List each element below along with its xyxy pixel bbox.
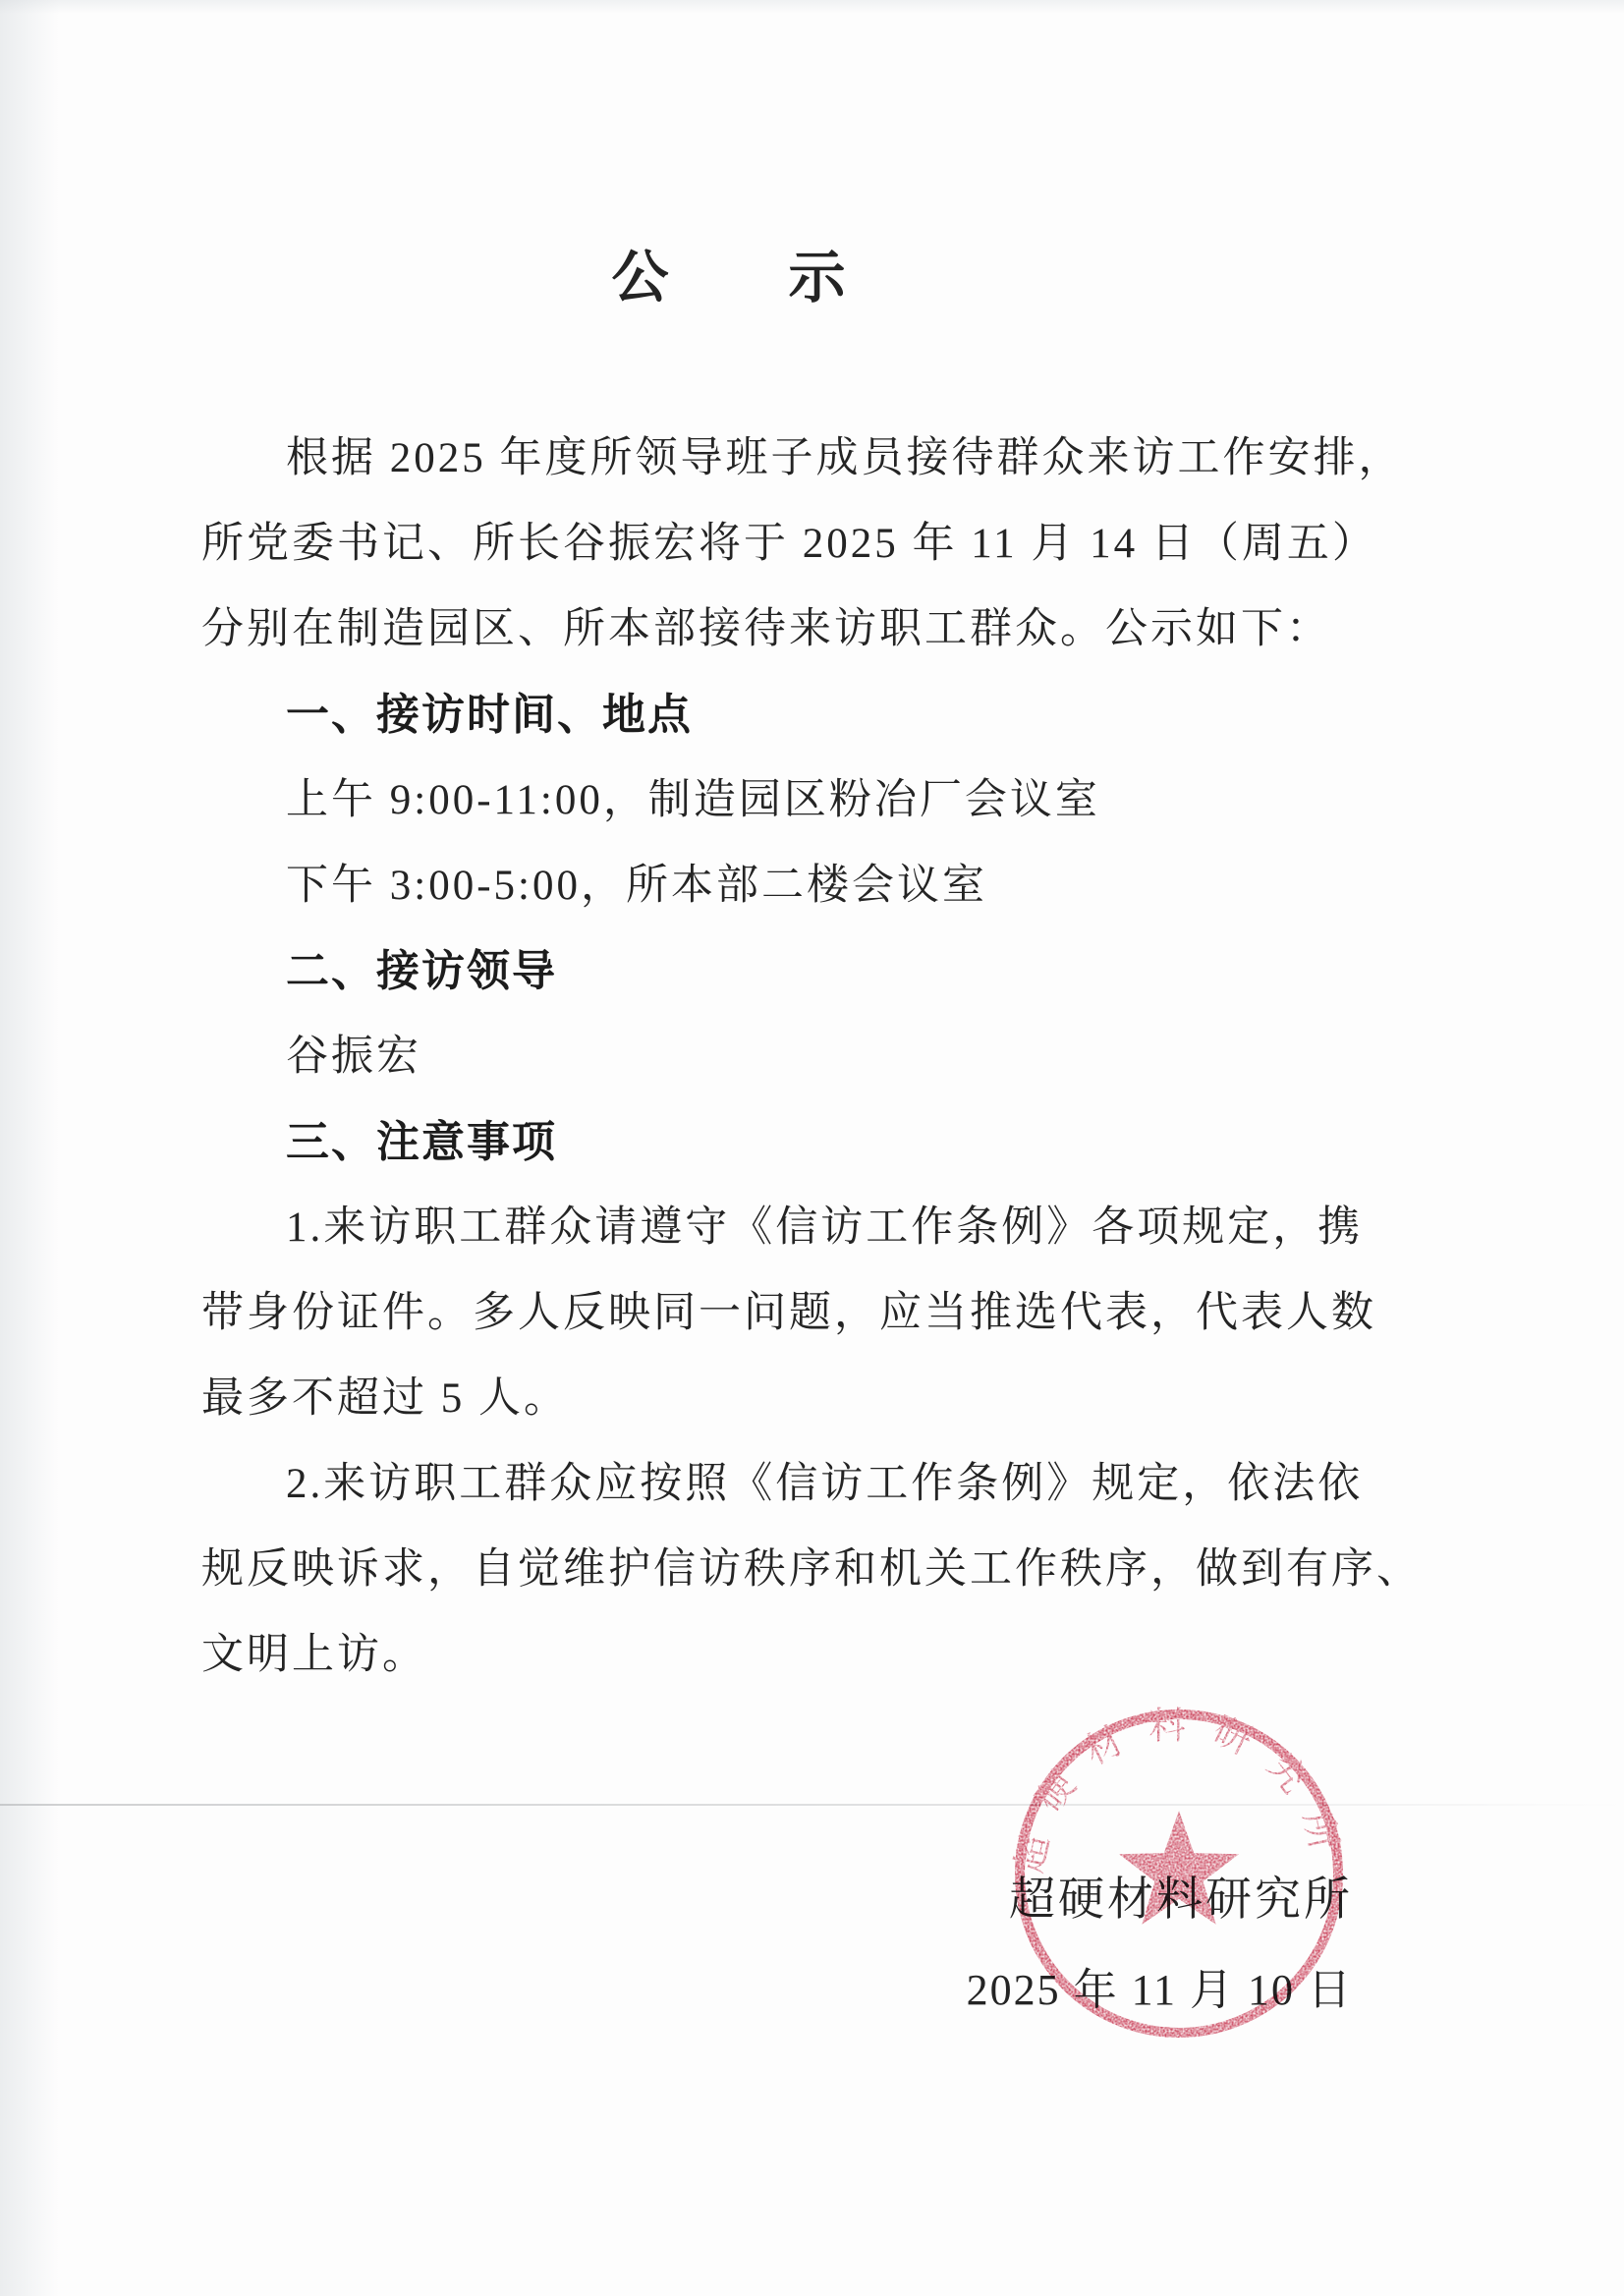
body-line: 谷振宏 <box>201 1014 1258 1099</box>
scan-edge-shading-left <box>0 0 59 2296</box>
body-line: 1.来访职工群众请遵守《信访工作条例》各项规定，携 <box>201 1185 1258 1270</box>
body-line: 文明上访。 <box>201 1612 1258 1698</box>
body-line: 分别在制造园区、所本部接待来访职工群众。公示如下： <box>201 587 1258 672</box>
document-content: 公 示 根据 2025 年度所领导班子成员接待群众来访工作安排， 所党委书记、所… <box>201 0 1258 1698</box>
stamp-arc-text: 超硬材料研究所 <box>1009 1707 1348 1876</box>
body-line: 根据 2025 年度所领导班子成员接待群众来访工作安排， <box>201 416 1258 501</box>
body-line: 最多不超过 5 人。 <box>201 1356 1258 1441</box>
signature-date: 2025 年 11 月 10 日 <box>967 1965 1353 2016</box>
document-title: 公 示 <box>201 0 1258 308</box>
body-line: 规反映诉求，自觉维护信访秩序和机关工作秩序，做到有序、 <box>201 1527 1258 1612</box>
section-heading-2: 二、接访领导 <box>201 928 1258 1014</box>
body-line: 所党委书记、所长谷振宏将于 2025 年 11 月 14 日（周五） <box>201 501 1258 587</box>
body-line: 2.来访职工群众应按照《信访工作条例》规定，依法依 <box>201 1441 1258 1527</box>
body-line: 上午 9:00-11:00，制造园区粉冶厂会议室 <box>201 757 1258 843</box>
section-heading-1: 一、接访时间、地点 <box>201 672 1258 757</box>
signature-org: 超硬材料研究所 <box>967 1873 1353 1928</box>
document-body: 根据 2025 年度所领导班子成员接待群众来访工作安排， 所党委书记、所长谷振宏… <box>201 416 1258 1698</box>
scan-crease-line <box>0 1804 1624 1806</box>
section-heading-3: 三、注意事项 <box>201 1099 1258 1185</box>
body-line: 下午 3:00-5:00，所本部二楼会议室 <box>201 843 1258 928</box>
scanned-document-page: 公 示 根据 2025 年度所领导班子成员接待群众来访工作安排， 所党委书记、所… <box>0 0 1624 2296</box>
signature-block: 超硬材料研究所 2025 年 11 月 10 日 <box>967 1873 1353 2016</box>
body-line: 带身份证件。多人反映同一问题，应当推选代表，代表人数 <box>201 1270 1258 1356</box>
